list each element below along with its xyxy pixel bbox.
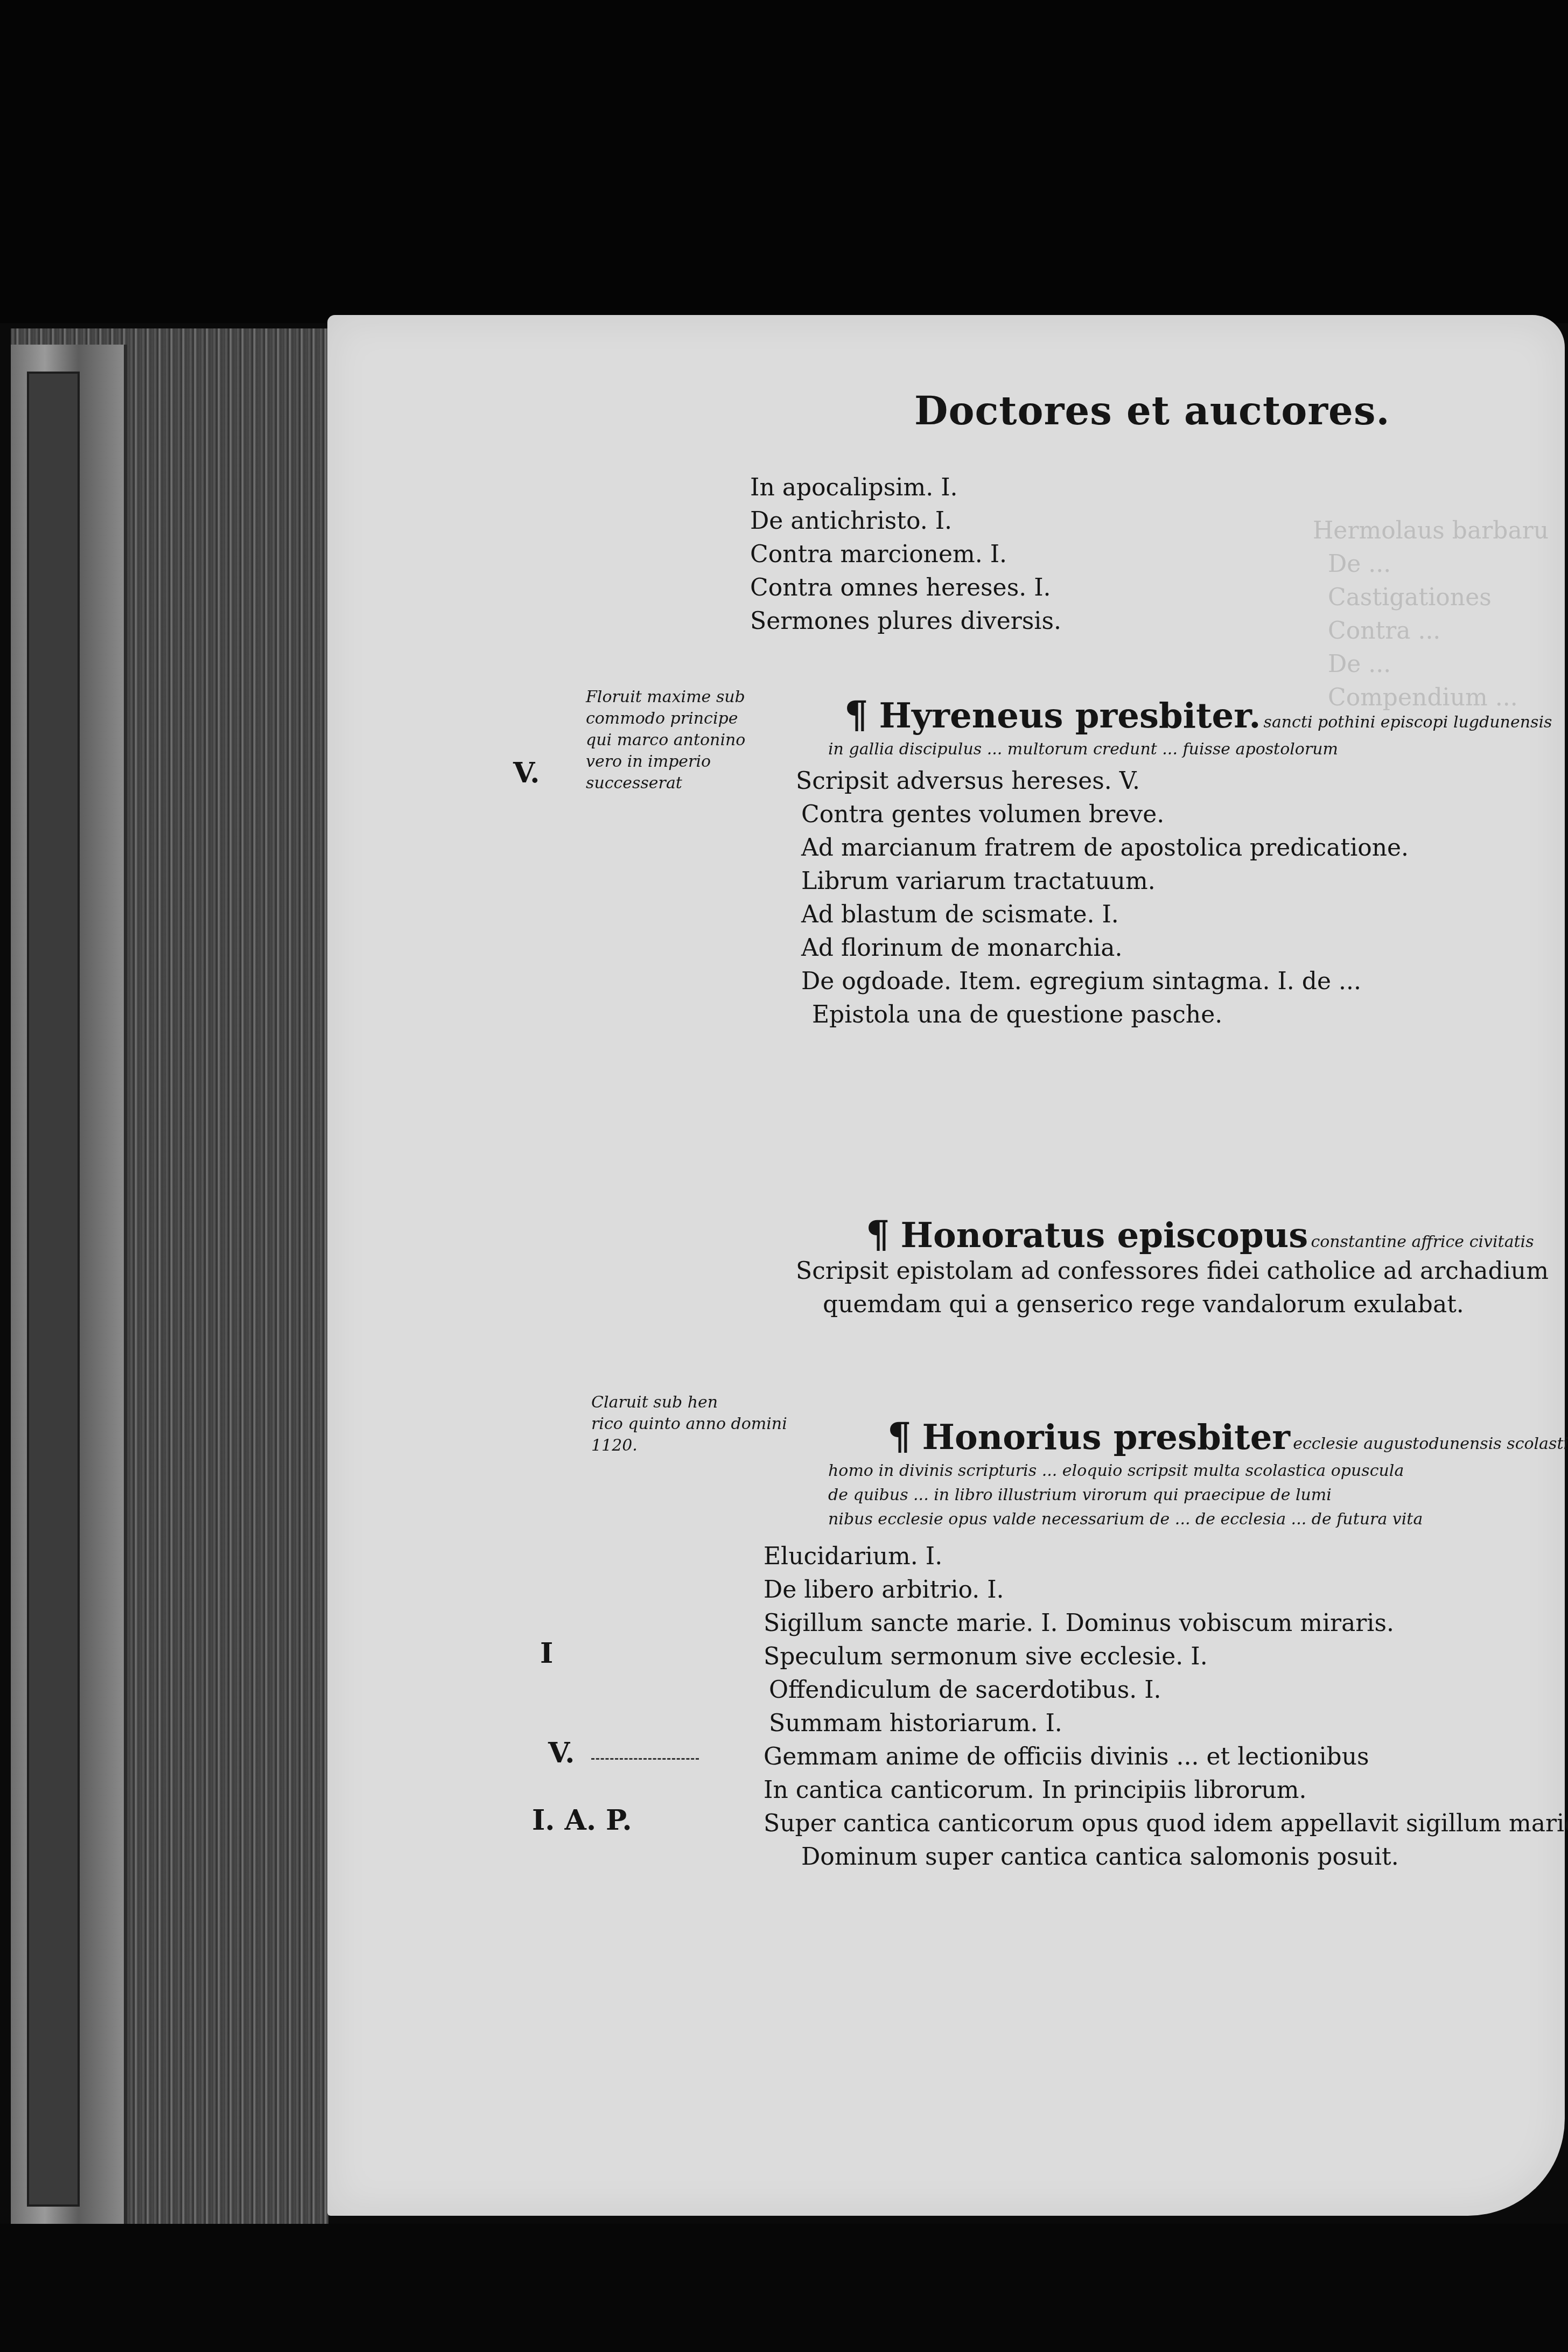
work-line: Ad blastum de scismate. I.: [801, 898, 1119, 932]
margin-note-line: successerat: [586, 773, 745, 794]
leader-line: [591, 1758, 699, 1760]
margin-note-line: rico quinto anno domini: [591, 1413, 787, 1435]
margin-note-line: Floruit maxime sub: [586, 687, 745, 708]
sub-note: nibus ecclesie opus valde necessarium de…: [828, 1508, 1423, 1531]
margin-note-line: Claruit sub hen: [591, 1392, 787, 1413]
margin-mark: I: [540, 1637, 553, 1670]
work-line: Elucidarium. I.: [764, 1540, 942, 1573]
entry-heading-hyreneus: ¶Hyreneus presbiter. sancti pothini epis…: [844, 692, 1552, 737]
pilcrow-icon: ¶: [866, 1212, 890, 1256]
entry-heading-honoratus: ¶Honoratus episcopus constantine affrice…: [866, 1212, 1534, 1256]
heading-note: ecclesie augustodunensis scolasticus: [1293, 1434, 1568, 1453]
heading-note: constantine affrice civitatis: [1311, 1233, 1534, 1251]
show-through-text: Hermolaus barbaru De ... Castigationes C…: [1313, 514, 1549, 715]
work-line: Ad marcianum fratrem de apostolica predi…: [801, 831, 1409, 865]
background-dark-top: [0, 0, 1568, 323]
work-line: Summam historiarum. I.: [769, 1707, 1062, 1740]
margin-note-line: 1120.: [591, 1435, 787, 1457]
page-title: Doctores et auctores.: [914, 388, 1390, 433]
work-line: De libero arbitrio. I.: [764, 1573, 1004, 1607]
margin-mark: V.: [548, 1737, 575, 1769]
work-line: In apocalipsim. I.: [750, 471, 958, 505]
margin-note-line: vero in imperio: [586, 751, 745, 773]
sub-note: homo in divinis scripturis ... eloquio s…: [828, 1459, 1404, 1483]
margin-note-line: qui marco antonino: [586, 730, 745, 751]
margin-note: Claruit sub hen rico quinto anno domini …: [591, 1392, 787, 1457]
work-line: Speculum sermonum sive ecclesie. I.: [764, 1640, 1208, 1674]
work-line: De antichristo. I.: [750, 505, 952, 538]
work-line: Contra gentes volumen breve.: [801, 798, 1164, 831]
margin-note-line: commodo principe: [586, 708, 745, 730]
entry-heading: Honoratus episcopus: [901, 1215, 1308, 1256]
work-line: quemdam qui a genserico rege vandalorum …: [823, 1288, 1464, 1321]
margin-note: Floruit maxime sub commodo principe qui …: [586, 687, 745, 794]
pilcrow-icon: ¶: [844, 692, 869, 737]
margin-mark: I. A. P.: [532, 1804, 632, 1837]
book-spine-shadow: [27, 372, 80, 2207]
work-line: Librum variarum tractatuum.: [801, 865, 1156, 898]
work-line: Ad florinum de monarchia.: [801, 932, 1123, 965]
background-dark-bottom: [0, 2224, 1568, 2352]
work-line: Scripsit epistolam ad confessores fidei …: [796, 1255, 1549, 1288]
work-line: Sigillum sancte marie. I. Dominus vobisc…: [764, 1607, 1394, 1640]
work-line: Gemmam anime de officiis divinis ... et …: [764, 1740, 1369, 1774]
heading-note: sancti pothini episcopi lugdunensis: [1264, 713, 1552, 732]
work-line: Contra marcionem. I.: [750, 538, 1007, 571]
work-line: Dominum super cantica cantica salomonis …: [801, 1840, 1399, 1874]
work-line: De ogdoade. Item. egregium sintagma. I. …: [801, 965, 1361, 998]
entry-heading: Honorius presbiter: [922, 1417, 1291, 1458]
sub-note: de quibus ... in libro illustrium viroru…: [828, 1483, 1332, 1507]
work-line: Contra omnes hereses. I.: [750, 571, 1051, 605]
entry-heading-honorius: ¶Honorius presbiter ecclesie augustodune…: [887, 1413, 1568, 1458]
sub-note: in gallia discipulus ... multorum credun…: [828, 738, 1338, 761]
work-line: Super cantica canticorum opus quod idem …: [764, 1807, 1568, 1840]
manuscript-page: Hermolaus barbaru De ... Castigationes C…: [327, 315, 1565, 2216]
work-line: In cantica canticorum. In principiis lib…: [764, 1774, 1307, 1807]
work-line: Epistola una de questione pasche.: [812, 998, 1222, 1032]
entry-heading: Hyreneus presbiter.: [879, 696, 1261, 736]
work-line: Scripsit adversus hereses. V.: [796, 765, 1140, 798]
work-line: Offendiculum de sacerdotibus. I.: [769, 1674, 1161, 1707]
pilcrow-icon: ¶: [887, 1413, 912, 1458]
work-line: Sermones plures diversis.: [750, 605, 1061, 638]
margin-mark: V.: [513, 757, 540, 789]
